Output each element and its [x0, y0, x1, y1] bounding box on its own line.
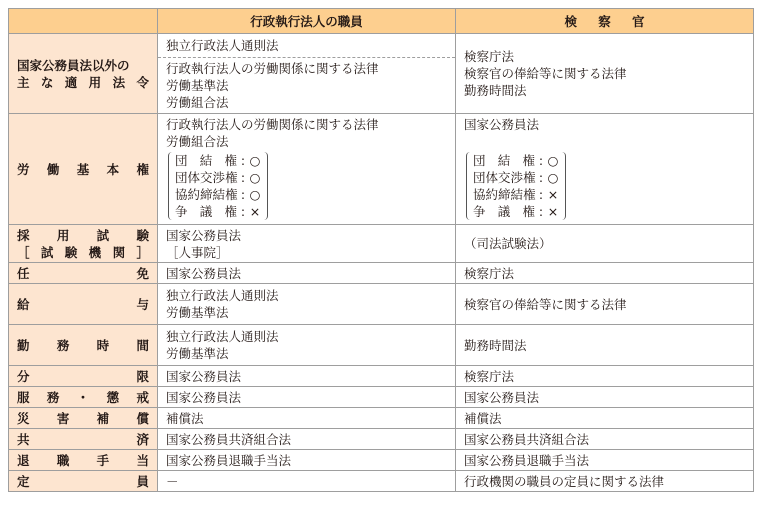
circle-mark: ○: [547, 169, 559, 186]
staff-cell: 独立行政法人通則法 行政執行法人の労働関係に関する法律 労働基準法 労働組合法: [158, 34, 456, 114]
circle-mark: ○: [249, 152, 261, 169]
cell-line: 国家公務員退職手当法: [464, 452, 745, 469]
prosecutor-cell: 検察庁法 検察官の俸給等に関する法律 勤務時間法: [456, 34, 754, 114]
staff-cell: 独立行政法人通則法 労働基準法: [158, 325, 456, 366]
cell-line: 労働組合法: [166, 133, 447, 150]
label-line: 国家公務員法以外の: [17, 57, 149, 74]
rights-item: 団結権:○: [175, 152, 261, 169]
row-label: 災害補償: [9, 408, 158, 429]
table-row: 退職手当 国家公務員退職手当法 国家公務員退職手当法: [9, 450, 754, 471]
circle-mark: ○: [249, 186, 261, 203]
staff-cell: 国家公務員退職手当法: [158, 450, 456, 471]
rights-name: 団体交渉権: [473, 169, 535, 186]
rights-item: 団体交渉権:○: [473, 169, 559, 186]
cell-line: 国家公務員法: [166, 389, 447, 406]
prosecutor-cell: 勤務時間法: [456, 325, 754, 366]
rights-name: 争議権: [473, 203, 535, 220]
prosecutor-cell: 行政機関の職員の定員に関する法律: [456, 471, 754, 492]
table-row: 労働基本権 行政執行法人の労働関係に関する法律 労働組合法 団結権:○ 団体交渉…: [9, 114, 754, 225]
rights-colon: :: [237, 186, 249, 203]
prosecutor-cell: 国家公務員法 団結権:○ 団体交渉権:○ 協約締結権:× 争議権:×: [456, 114, 754, 225]
label-line: 勤務時間: [17, 337, 149, 354]
staff-cell: 国家公務員法: [158, 263, 456, 284]
cell-line: 検察庁法: [464, 48, 745, 65]
prosecutor-cell: 検察庁法: [456, 366, 754, 387]
rights-colon: :: [237, 169, 249, 186]
cell-line: 行政執行法人の労働関係に関する法律: [166, 60, 447, 77]
prosecutor-cell: 検察官の俸給等に関する法律: [456, 284, 754, 325]
cell-line: 労働組合法: [166, 94, 447, 111]
cell-line: ［人事院］: [166, 244, 447, 261]
label-line: 定員: [17, 473, 149, 490]
staff-cell: 国家公務員共済組合法: [158, 429, 456, 450]
rights-name: 争議権: [175, 203, 237, 220]
table-row: 分限 国家公務員法 検察庁法: [9, 366, 754, 387]
header-row: 行政執行法人の職員 検察官: [9, 9, 754, 34]
rights-colon: :: [535, 169, 547, 186]
cell-line: 補償法: [464, 410, 745, 427]
rights-bracket: 団結権:○ 団体交渉権:○ 協約締結権:× 争議権:×: [466, 152, 566, 220]
cell-line: 検察庁法: [464, 265, 745, 282]
table-row: 災害補償 補償法 補償法: [9, 408, 754, 429]
cell-line: 独立行政法人通則法: [166, 328, 447, 345]
dashed-divider: [158, 57, 455, 58]
cross-mark: ×: [547, 186, 559, 203]
rights-colon: :: [237, 152, 249, 169]
prosecutor-cell: 国家公務員法: [456, 387, 754, 408]
cross-mark: ×: [249, 203, 261, 220]
label-line: 退職手当: [17, 452, 149, 469]
rights-colon: :: [535, 186, 547, 203]
rights-colon: :: [237, 203, 249, 220]
table-row: 任免 国家公務員法 検察庁法: [9, 263, 754, 284]
cell-line: 行政執行法人の労働関係に関する法律: [166, 116, 447, 133]
row-label: 定員: [9, 471, 158, 492]
rights-item: 争議権:×: [175, 203, 261, 220]
row-label: 国家公務員法以外の 主な適用法令: [9, 34, 158, 114]
cell-line: 行政機関の職員の定員に関する法律: [464, 473, 745, 490]
cell-line: 労働基準法: [166, 304, 447, 321]
cell-line: 国家公務員法: [166, 368, 447, 385]
table-row: 服務・懲戒 国家公務員法 国家公務員法: [9, 387, 754, 408]
staff-cell: 独立行政法人通則法 労働基準法: [158, 284, 456, 325]
cell-line: 労働基準法: [166, 77, 447, 94]
cell-line: 国家公務員法: [464, 389, 745, 406]
row-label: 給与: [9, 284, 158, 325]
cell-line: 国家公務員共済組合法: [166, 431, 447, 448]
rights-bracket: 団結権:○ 団体交渉権:○ 協約締結権:○ 争議権:×: [168, 152, 268, 220]
rights-item: 団結権:○: [473, 152, 559, 169]
rights-item: 争議権:×: [473, 203, 559, 220]
label-line: 分限: [17, 368, 149, 385]
label-line: ［試験機関］: [17, 244, 149, 261]
staff-cell: 国家公務員法: [158, 387, 456, 408]
rights-item: 団体交渉権:○: [175, 169, 261, 186]
prosecutor-cell: 補償法: [456, 408, 754, 429]
label-line: 給与: [17, 296, 149, 313]
rights-item: 協約締結権:○: [175, 186, 261, 203]
header-prosecutor-label: 検察官: [565, 13, 645, 30]
label-line: 採用試験: [17, 227, 149, 244]
staff-cell: 行政執行法人の労働関係に関する法律 労働組合法 団結権:○ 団体交渉権:○ 協約…: [158, 114, 456, 225]
label-line: 主な適用法令: [17, 74, 149, 91]
label-line: 共済: [17, 431, 149, 448]
row-label: 退職手当: [9, 450, 158, 471]
cell-line: 勤務時間法: [464, 337, 745, 354]
spacer: [464, 133, 745, 150]
cell-line: 独立行政法人通則法: [166, 287, 447, 304]
rights-name: 団結権: [175, 152, 237, 169]
cell-line: 検察官の俸給等に関する法律: [464, 65, 745, 82]
rights-name: 協約締結権: [473, 186, 535, 203]
circle-mark: ○: [547, 152, 559, 169]
header-prosecutor: 検察官: [456, 9, 754, 34]
label-line: 災害補償: [17, 410, 149, 427]
prosecutor-cell: 国家公務員退職手当法: [456, 450, 754, 471]
cell-line: 国家公務員法: [166, 227, 447, 244]
label-line: 労働基本権: [17, 161, 149, 178]
rights-name: 団体交渉権: [175, 169, 237, 186]
cell-line: 独立行政法人通則法: [166, 37, 447, 54]
rights-name: 協約締結権: [175, 186, 237, 203]
cross-mark: ×: [547, 203, 559, 220]
rights-colon: :: [535, 152, 547, 169]
cell-line: 国家公務員共済組合法: [464, 431, 745, 448]
row-label: 任免: [9, 263, 158, 284]
row-label: 労働基本権: [9, 114, 158, 225]
cell-line: 検察庁法: [464, 368, 745, 385]
cell-line: 国家公務員退職手当法: [166, 452, 447, 469]
row-label: 分限: [9, 366, 158, 387]
header-blank: [9, 9, 158, 34]
prosecutor-cell: （司法試験法）: [456, 225, 754, 263]
rights-item: 協約締結権:×: [473, 186, 559, 203]
table-row: 定員 － 行政機関の職員の定員に関する法律: [9, 471, 754, 492]
staff-cell: －: [158, 471, 456, 492]
rights-colon: :: [535, 203, 547, 220]
cell-line: －: [166, 473, 447, 490]
staff-cell: 国家公務員法 ［人事院］: [158, 225, 456, 263]
table-row: 国家公務員法以外の 主な適用法令 独立行政法人通則法 行政執行法人の労働関係に関…: [9, 34, 754, 114]
cell-line: 検察官の俸給等に関する法律: [464, 296, 745, 313]
table-row: 勤務時間 独立行政法人通則法 労働基準法 勤務時間法: [9, 325, 754, 366]
staff-cell: 補償法: [158, 408, 456, 429]
table-row: 給与 独立行政法人通則法 労働基準法 検察官の俸給等に関する法律: [9, 284, 754, 325]
circle-mark: ○: [249, 169, 261, 186]
row-label: 服務・懲戒: [9, 387, 158, 408]
cell-line: 補償法: [166, 410, 447, 427]
staff-cell: 国家公務員法: [158, 366, 456, 387]
comparison-table: 行政執行法人の職員 検察官 国家公務員法以外の 主な適用法令 独立行政法人通則法…: [8, 8, 754, 492]
cell-line: 国家公務員法: [464, 116, 745, 133]
header-staff: 行政執行法人の職員: [158, 9, 456, 34]
rights-name: 団結権: [473, 152, 535, 169]
cell-line: 勤務時間法: [464, 82, 745, 99]
label-line: 服務・懲戒: [17, 389, 149, 406]
row-label: 勤務時間: [9, 325, 158, 366]
cell-line: 労働基準法: [166, 345, 447, 362]
row-label: 採用試験 ［試験機関］: [9, 225, 158, 263]
table-row: 採用試験 ［試験機関］ 国家公務員法 ［人事院］ （司法試験法）: [9, 225, 754, 263]
prosecutor-cell: 国家公務員共済組合法: [456, 429, 754, 450]
label-line: 任免: [17, 265, 149, 282]
cell-line: 国家公務員法: [166, 265, 447, 282]
row-label: 共済: [9, 429, 158, 450]
cell-line: （司法試験法）: [464, 235, 745, 252]
prosecutor-cell: 検察庁法: [456, 263, 754, 284]
table-row: 共済 国家公務員共済組合法 国家公務員共済組合法: [9, 429, 754, 450]
